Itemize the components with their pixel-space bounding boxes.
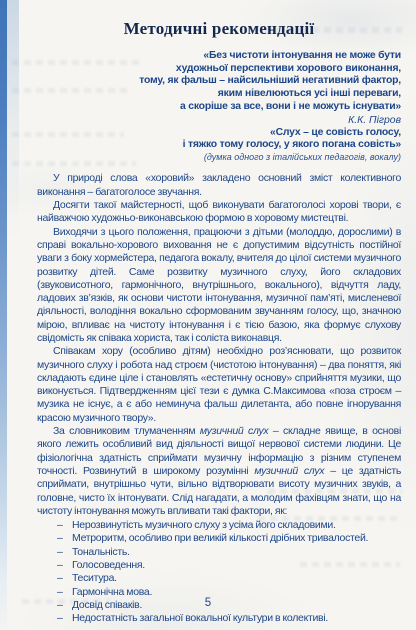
list-item-text: Теситура. xyxy=(72,572,401,585)
page-number: 5 xyxy=(0,597,416,609)
scanned-book-page: Методичні рекомендації «Без чистоти інто… xyxy=(0,0,416,630)
paragraph-3: Виходячи з цього положення, працюючи з д… xyxy=(37,226,401,346)
paragraph-2: Досягти такої майстерності, щоб виконува… xyxy=(37,199,401,226)
epigraph-block: «Без чистоти інтонування не може бути ху… xyxy=(37,50,401,163)
page-title: Методичні рекомендації xyxy=(37,19,401,39)
paragraph-5-text: За словниковим тлумаченням xyxy=(53,425,200,437)
epigraph-quote1-line: тому, як фальш – найсильніший негативний… xyxy=(37,75,401,88)
epigraph-attribution-2: (думка одного з італійських педагогів, в… xyxy=(37,152,401,164)
body-text: У природі слова «хоровий» закладено осно… xyxy=(37,172,401,625)
epigraph-quote1-line: «Без чистоти інтонування не може бути xyxy=(37,50,401,63)
paragraph-1: У природі слова «хоровий» закладено осно… xyxy=(37,172,401,199)
book-spine-edge xyxy=(0,0,7,630)
factors-list: –Нерозвинутість музичного слуху з усіма … xyxy=(37,519,401,625)
epigraph-quote1-line: художньої перспективи хорового виконання… xyxy=(37,63,401,76)
epigraph-quote2-line: і тяжко тому голосу, у якого погана сові… xyxy=(37,139,401,152)
list-item-text: Голосоведення. xyxy=(72,559,401,572)
list-item-text: Нерозвинутість музичного слуху з усіма й… xyxy=(72,519,401,532)
paragraph-5: За словниковим тлумаченням музичний слух… xyxy=(37,425,401,518)
epigraph-quote2-line: «Слух – це совість голосу, xyxy=(37,127,401,140)
list-item-text: Метроритм, особливо при великій кількост… xyxy=(72,532,401,545)
list-item: –Нерозвинутість музичного слуху з усіма … xyxy=(37,519,401,532)
paragraph-5-italic-term: музичний слух xyxy=(200,425,268,437)
list-item: –Недостатність загальної вокальної культ… xyxy=(37,612,401,625)
list-item: –Теситура. xyxy=(37,572,401,585)
epigraph-quote1-line: а скоріше за все, вони і не можуть існув… xyxy=(37,101,401,114)
list-dash: – xyxy=(57,519,72,532)
paragraph-4: Співакам хору (особливо дітям) необхідно… xyxy=(37,345,401,425)
list-dash: – xyxy=(57,612,72,625)
list-dash: – xyxy=(57,546,72,559)
list-item: –Тональність. xyxy=(37,546,401,559)
list-item-text: Тональність. xyxy=(72,546,401,559)
epigraph-attribution-1: К.К. Пігров xyxy=(37,114,401,127)
list-dash: – xyxy=(57,532,72,545)
page-content: Методичні рекомендації «Без чистоти інто… xyxy=(37,0,401,626)
epigraph-quote1-line: яким нівелюються усі інші переваги, xyxy=(37,88,401,101)
spine-shadow xyxy=(7,0,19,240)
paragraph-5-italic-term: музичний слух xyxy=(254,465,324,477)
list-item-text: Недостатність загальної вокальної культу… xyxy=(72,612,401,625)
list-item: –Голосоведення. xyxy=(37,559,401,572)
list-item: –Метроритм, особливо при великій кількос… xyxy=(37,532,401,545)
list-dash: – xyxy=(57,572,72,585)
list-dash: – xyxy=(57,559,72,572)
